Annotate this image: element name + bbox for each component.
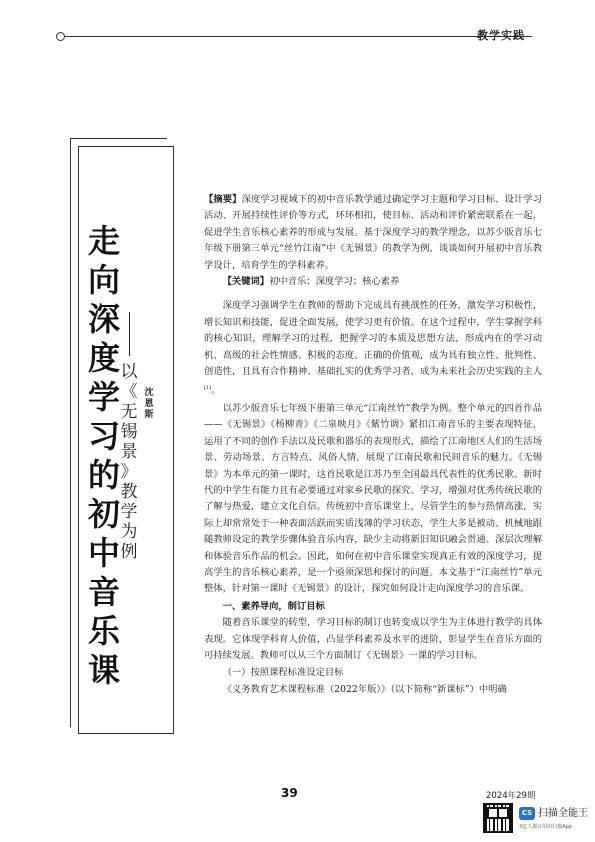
subtitle-char: 》 xyxy=(120,462,138,482)
article-title: 走 向 深 度 学 习 的 初 中 音 乐 课 xyxy=(86,222,122,690)
page-number: 39 xyxy=(281,786,298,800)
subtitle-char: 锡 xyxy=(120,422,138,442)
title-char: 深 xyxy=(86,300,122,339)
section-heading: 教学实践 xyxy=(477,27,525,43)
header-circle-ornament xyxy=(56,32,65,41)
title-char: 习 xyxy=(86,417,122,456)
paragraph-end: 。 xyxy=(211,386,220,397)
subtitle-dash xyxy=(129,312,130,356)
keywords-label: 【关键词】 xyxy=(223,276,270,287)
title-char: 初 xyxy=(86,495,122,534)
title-char: 度 xyxy=(86,339,122,378)
body-paragraph: 随着音乐课堂的转型，学习目标的制订也转变成以学生为主体进行教学的具体表现。它体现… xyxy=(204,615,542,664)
title-char: 课 xyxy=(86,651,122,690)
author-name: 沈 恩 斯 xyxy=(143,388,155,421)
subtitle-char: 以 xyxy=(120,362,138,382)
keywords-paragraph: 【关键词】初中音乐；深度学习；核心素养 xyxy=(204,274,542,290)
subtitle-char: 《 xyxy=(120,382,138,402)
scanner-watermark: CS 扫描全能王 3亿人都在用的扫描App xyxy=(483,803,595,839)
keywords-text: 初中音乐；深度学习；核心素养 xyxy=(269,276,399,287)
paragraph-text: 深度学习强调学生在教师的帮助下完成具有挑战性的任务，激发学习积极性，增长知识和技… xyxy=(204,300,542,377)
body-paragraph: 以苏少版音乐七年级下册第三单元“江南丝竹”教学为例。整个单元的四首作品——《无锡… xyxy=(204,401,542,598)
camscanner-logo-icon: CS xyxy=(519,807,535,820)
abstract-paragraph: 【摘要】深度学习视域下的初中音乐教学通过确定学习主题和学习目标、设计学习活动、开… xyxy=(204,192,542,274)
body-paragraph: 《义务教育艺术课程标准（2022年版）》（以下简称“新课标”）中明确 xyxy=(204,682,542,698)
subtitle-char: 无 xyxy=(120,402,138,422)
subtitle-char: 教 xyxy=(120,482,138,502)
subtitle-char: 为 xyxy=(120,522,138,542)
author-char: 恩 xyxy=(143,399,155,410)
title-char: 的 xyxy=(86,456,122,495)
article-subtitle: 以 《 无 锡 景 》 教 学 为 例 xyxy=(120,312,138,562)
subtitle-char: 学 xyxy=(120,502,138,522)
abstract-block: 【摘要】深度学习视域下的初中音乐教学通过确定学习主题和学习目标、设计学习活动、开… xyxy=(204,192,542,290)
author-char: 沈 xyxy=(143,388,155,399)
title-char: 中 xyxy=(86,534,122,573)
subtitle-char: 例 xyxy=(120,542,138,562)
abstract-text: 深度学习视域下的初中音乐教学通过确定学习主题和学习目标、设计学习活动、开展持续性… xyxy=(204,194,542,271)
watermark-app-name: 扫描全能王 xyxy=(538,807,588,820)
title-char: 学 xyxy=(86,378,122,417)
author-char: 斯 xyxy=(143,410,155,421)
title-char: 走 xyxy=(86,222,122,261)
qr-code-icon xyxy=(483,803,513,833)
title-char: 乐 xyxy=(86,612,122,651)
body-paragraph: 深度学习强调学生在教师的帮助下完成具有挑战性的任务，激发学习积极性，增长知识和技… xyxy=(204,298,542,400)
abstract-label: 【摘要】 xyxy=(204,194,242,205)
subsection-heading-1: （一）按照课程标准设定目标 xyxy=(204,665,542,681)
title-char: 向 xyxy=(86,261,122,300)
article-content: 【摘要】深度学习视域下的初中音乐教学通过确定学习主题和学习目标、设计学习活动、开… xyxy=(204,192,542,699)
body-text: 深度学习强调学生在教师的帮助下完成具有挑战性的任务，激发学习积极性，增长知识和技… xyxy=(204,298,542,698)
subtitle-char: 景 xyxy=(120,442,138,462)
title-char: 音 xyxy=(86,573,122,612)
header-rule xyxy=(62,36,532,37)
watermark-tagline: 3亿人都在用的扫描App xyxy=(519,823,572,830)
section-heading-1: 一、素养导向，制订目标 xyxy=(204,599,542,615)
issue-label: 2024年29期 xyxy=(486,789,535,801)
